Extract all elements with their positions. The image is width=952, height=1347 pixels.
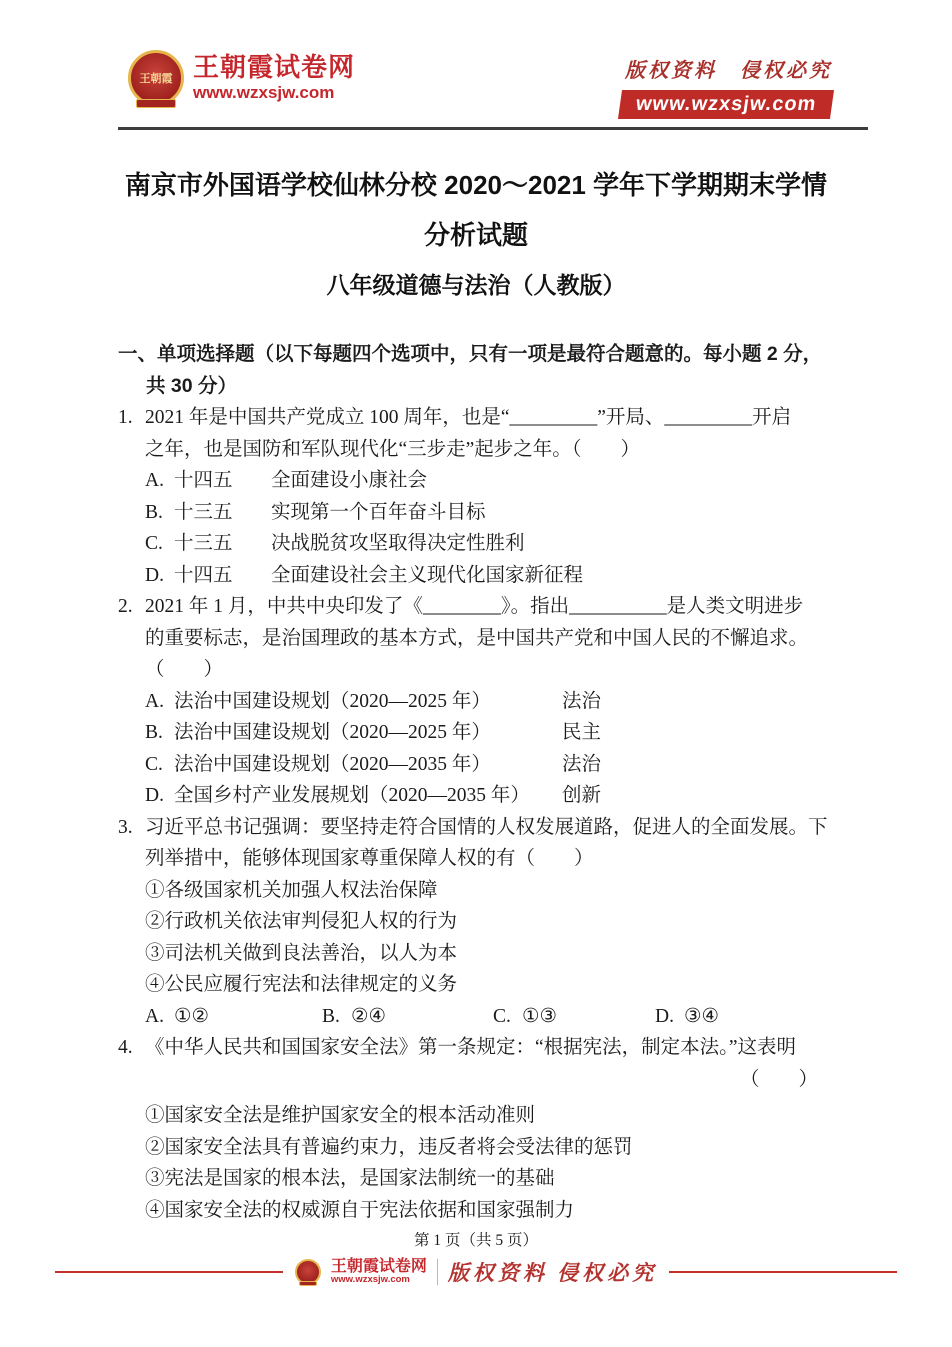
list-item: ①各级国家机关加强人权法治保障: [145, 875, 840, 907]
choice: A. ①②: [145, 1001, 322, 1033]
option-text: ②④: [351, 1001, 386, 1033]
option-label: C.: [145, 749, 174, 781]
option-label: D.: [655, 1001, 684, 1033]
question-3: 3. 习近平总书记强调：要坚持走符合国情的人权发展道路，促进人的全面发展。下 列…: [118, 812, 840, 875]
option-text: ③④: [684, 1001, 719, 1033]
footer-brand: 王朝霞试卷网 www.wzxsjw.com 版权资料 侵权必究: [0, 1252, 952, 1292]
question-3-choices: A. ①② B. ②④ C. ①③ D. ③④: [118, 1001, 840, 1033]
list-item: ①国家安全法是维护国家安全的根本活动准则: [145, 1100, 840, 1132]
option-label: C.: [493, 1001, 522, 1033]
list-item: ②行政机关依法审判侵犯人权的行为: [145, 906, 840, 938]
option-text: 法治中国建设规划（2020—2025 年）: [174, 717, 562, 749]
question-3-items: ①各级国家机关加强人权法治保障 ②行政机关依法审判侵犯人权的行为 ③司法机关做到…: [118, 875, 840, 1001]
stem-line: 习近平总书记强调：要坚持走符合国情的人权发展道路，促进人的全面发展。下: [145, 812, 840, 844]
footer-brand-name: 王朝霞试卷网: [331, 1259, 427, 1276]
title-line-2: 分析试题: [0, 210, 952, 260]
seal-ribbon: [136, 99, 176, 108]
stem-line: 之年，也是国防和军队现代化“三步走”起步之年。（ ）: [145, 434, 840, 466]
exam-content: 一、单项选择题（以下每题四个选项中，只有一项是最符合题意的。每小题 2 分， 共…: [118, 339, 840, 1226]
question-1-options: A. 十四五 全面建设小康社会 B. 十三五 实现第一个百年奋斗目标 C. 十三…: [118, 465, 840, 591]
option-text: 十三五: [174, 497, 271, 529]
option-row: D. 十四五 全面建设社会主义现代化国家新征程: [145, 560, 840, 592]
section-heading-line-1: 一、单项选择题（以下每题四个选项中，只有一项是最符合题意的。每小题 2 分，: [118, 339, 840, 371]
question-2-body: 2021 年 1 月，中共中央印发了《________》。指出_________…: [145, 591, 840, 686]
option-text: 实现第一个百年奋斗目标: [271, 497, 486, 529]
header-right: 版权资料 侵权必究 www.wzxsjw.com: [620, 50, 832, 119]
option-label: B.: [322, 1001, 351, 1033]
question-1-body: 2021 年是中国共产党成立 100 周年，也是“_________”开局、__…: [145, 402, 840, 465]
question-3-number: 3.: [118, 812, 145, 875]
stem-line: 列举措中，能够体现国家尊重保障人权的有（ ）: [145, 843, 840, 875]
seal-icon: 王朝霞: [128, 50, 184, 106]
seal-ribbon: [299, 1281, 317, 1286]
footer-brand-url: www.wzxsjw.com: [331, 1275, 427, 1285]
question-1-number: 1.: [118, 402, 145, 465]
option-row: A. 十四五 全面建设小康社会: [145, 465, 840, 497]
option-label: B.: [145, 717, 174, 749]
option-label: A.: [145, 465, 174, 497]
list-item: ③宪法是国家的根本法，是国家法制统一的基础: [145, 1163, 840, 1195]
title-line-1: 南京市外国语学校仙林分校 2020～2021 学年下学期期末学情: [0, 160, 952, 210]
option-text: 全面建设小康社会: [271, 465, 427, 497]
question-2-number: 2.: [118, 591, 145, 686]
question-2-options: A. 法治中国建设规划（2020—2025 年） 法治 B. 法治中国建设规划（…: [118, 686, 840, 812]
option-row: C. 法治中国建设规划（2020—2035 年） 法治: [145, 749, 840, 781]
copyright-slogan: 版权资料 侵权必究: [620, 54, 832, 83]
question-3-body: 习近平总书记强调：要坚持走符合国情的人权发展道路，促进人的全面发展。下 列举措中…: [145, 812, 840, 875]
brand-url: www.wzxsjw.com: [193, 84, 355, 103]
brand-lines: 王朝霞试卷网 www.wzxsjw.com: [193, 53, 355, 103]
option-text: 全国乡村产业发展规划（2020—2035 年）: [174, 780, 562, 812]
footer-brand-group: 王朝霞试卷网 www.wzxsjw.com 版权资料 侵权必究: [283, 1252, 669, 1292]
header: 王朝霞 王朝霞试卷网 www.wzxsjw.com 版权资料 侵权必究 www.…: [0, 0, 952, 119]
option-text: 决战脱贫攻坚取得决定性胜利: [271, 528, 525, 560]
option-text: 创新: [562, 780, 601, 812]
footer-seal-icon: [295, 1259, 321, 1285]
option-text: 十四五: [174, 560, 271, 592]
stem-line: 2021 年是中国共产党成立 100 周年，也是“_________”开局、__…: [145, 402, 840, 434]
list-item: ④国家安全法的权威源自于宪法依据和国家强制力: [145, 1195, 840, 1227]
stem-line: 《中华人民共和国国家安全法》第一条规定：“根据宪法，制定本法。”这表明: [145, 1032, 840, 1064]
option-text: ①③: [522, 1001, 557, 1033]
brand-name: 王朝霞试卷网: [193, 53, 355, 82]
option-text: 十三五: [174, 528, 271, 560]
question-4-number: 4.: [118, 1032, 145, 1095]
header-logo: 王朝霞 王朝霞试卷网 www.wzxsjw.com: [128, 50, 355, 106]
seal-text: 王朝霞: [140, 70, 173, 86]
option-text: 法治中国建设规划（2020—2035 年）: [174, 749, 562, 781]
section-heading: 一、单项选择题（以下每题四个选项中，只有一项是最符合题意的。每小题 2 分， 共…: [118, 339, 840, 402]
option-text: 法治: [562, 686, 601, 718]
question-1: 1. 2021 年是中国共产党成立 100 周年，也是“_________”开局…: [118, 402, 840, 465]
page: { "header": { "brand_name": "王朝霞试卷网", "b…: [0, 0, 952, 1347]
list-item: ④公民应履行宪法和法律规定的义务: [145, 969, 840, 1001]
question-4-items: ①国家安全法是维护国家安全的根本活动准则 ②国家安全法具有普遍约束力，违反者将会…: [118, 1100, 840, 1226]
exam-title: 南京市外国语学校仙林分校 2020～2021 学年下学期期末学情 分析试题 八年…: [0, 160, 952, 310]
section-heading-line-2: 共 30 分）: [118, 371, 840, 403]
option-label: A.: [145, 1001, 174, 1033]
footer-brand-lines: 王朝霞试卷网 www.wzxsjw.com: [331, 1259, 427, 1286]
title-line-3: 八年级道德与法治（人教版）: [0, 260, 952, 310]
header-rule: [118, 127, 868, 130]
option-row: B. 法治中国建设规划（2020—2025 年） 民主: [145, 717, 840, 749]
option-row: B. 十三五 实现第一个百年奋斗目标: [145, 497, 840, 529]
footer-divider: [437, 1259, 438, 1285]
option-row: A. 法治中国建设规划（2020—2025 年） 法治: [145, 686, 840, 718]
stem-line: 2021 年 1 月，中共中央印发了《________》。指出_________…: [145, 591, 840, 623]
page-number: 第 1 页（共 5 页）: [0, 1228, 952, 1250]
question-2: 2. 2021 年 1 月，中共中央印发了《________》。指出______…: [118, 591, 840, 686]
option-row: D. 全国乡村产业发展规划（2020—2035 年） 创新: [145, 780, 840, 812]
list-item: ③司法机关做到良法善治，以人为本: [145, 938, 840, 970]
question-4: 4. 《中华人民共和国国家安全法》第一条规定：“根据宪法，制定本法。”这表明 （…: [118, 1032, 840, 1095]
choice: B. ②④: [322, 1001, 493, 1033]
option-text: 民主: [562, 717, 601, 749]
option-label: C.: [145, 528, 174, 560]
choice: C. ①③: [493, 1001, 655, 1033]
footer-slogan: 版权资料 侵权必究: [448, 1257, 657, 1287]
option-label: D.: [145, 780, 174, 812]
option-text: 全面建设社会主义现代化国家新征程: [271, 560, 583, 592]
option-label: D.: [145, 560, 174, 592]
stem-line: （ ）: [145, 654, 840, 686]
choice: D. ③④: [655, 1001, 719, 1033]
question-4-body: 《中华人民共和国国家安全法》第一条规定：“根据宪法，制定本法。”这表明 （ ）: [145, 1032, 840, 1095]
option-text: 法治中国建设规划（2020—2025 年）: [174, 686, 562, 718]
option-text: 法治: [562, 749, 601, 781]
option-row: C. 十三五 决战脱贫攻坚取得决定性胜利: [145, 528, 840, 560]
option-label: A.: [145, 686, 174, 718]
list-item: ②国家安全法具有普遍约束力，违反者将会受法律的惩罚: [145, 1132, 840, 1164]
stem-line: 的重要标志，是治国理政的基本方式，是中国共产党和中国人民的不懈追求。: [145, 623, 840, 655]
option-text: ①②: [174, 1001, 209, 1033]
option-text: 十四五: [174, 465, 271, 497]
url-badge: www.wzxsjw.com: [618, 90, 834, 119]
option-label: B.: [145, 497, 174, 529]
stem-line: （ ）: [145, 1064, 840, 1096]
